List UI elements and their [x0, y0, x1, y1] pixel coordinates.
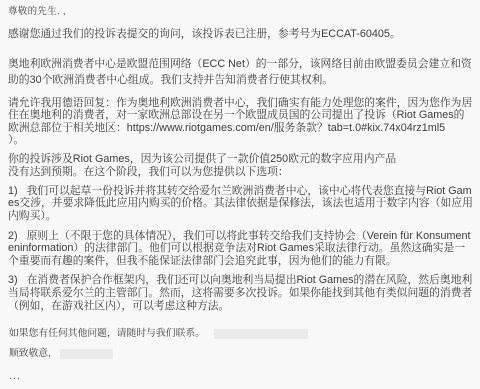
salutation: 尊敬的先生. ,: [8, 6, 474, 17]
option-1-draft-complaint: 1) 我们可以起草一份投诉并将其转交给爱尔兰欧洲消费者中心，该中心将代表您直接与…: [8, 185, 474, 223]
riot-terms-url[interactable]: https://www.riotgames.com/en/服务条款？tab=t.…: [127, 122, 445, 134]
paragraph-complaint-summary: 你的投诉涉及Riot Games，因为该公司提供了一款价值250欧元的数字应用内…: [8, 153, 474, 179]
competence-text-after-url: ）。: [8, 134, 24, 146]
closing-text: 如果您有任何其他问题，请随时与我们联系。: [9, 328, 205, 339]
letter-document: 尊敬的先生. , 感谢您通过我们的投诉表提交的询问，该投诉表已注册，参考号为EC…: [0, 0, 480, 382]
redaction-bar: [214, 329, 308, 339]
option-2-legal-department: 2) 原则上（不限于您的具体情况），我们可以将此事转交给我们支持协会（Verei…: [8, 230, 474, 268]
closing-line: 如果您有任何其他问题，请随时与我们联系。: [9, 328, 474, 340]
redaction-bar: [60, 349, 113, 359]
regards-line: 顺致敬意,: [9, 348, 474, 360]
paragraph-competence: 请允许我用德语回复：作为奥地利欧洲消费者中心，我们确实有能力处理您的案件，因为您…: [8, 97, 474, 146]
signature-placeholder: ...: [9, 370, 474, 382]
regards-text: 顺致敬意,: [9, 348, 51, 359]
option-3-authorities: 3) 在消费者保护合作框架内，我们还可以向奥地利当局提出Riot Games的潜…: [8, 274, 474, 312]
paragraph-ecc-net-intro: 奥地利欧洲消费者中心是欧盟范围网络（ECC Net）的一部分，该网络目前由欧盟委…: [8, 57, 474, 88]
paragraph-acknowledgement: 感谢您通过我们的投诉表提交的询问，该投诉表已注册，参考号为ECCAT-60405…: [8, 28, 474, 41]
